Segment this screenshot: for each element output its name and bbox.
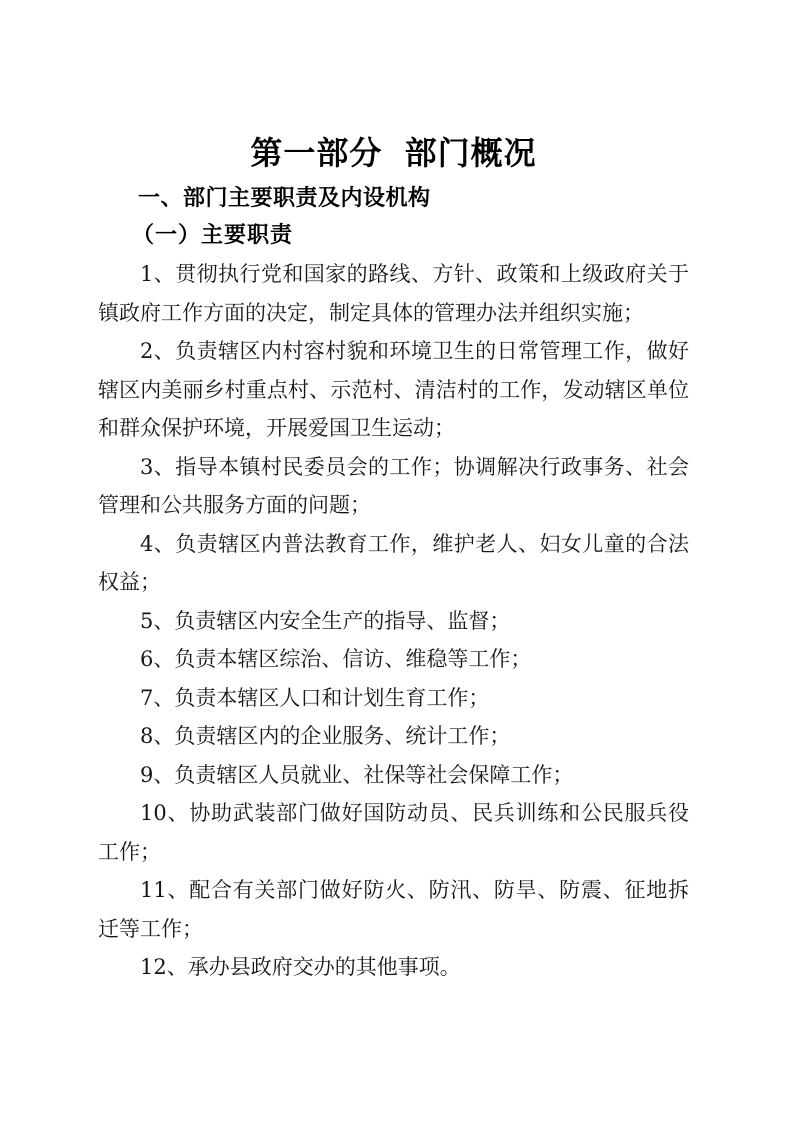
section-heading-main-duties-and-internal-structure: 一、部门主要职责及内设机构 — [98, 180, 689, 217]
duty-item-11: 11、配合有关部门做好防火、防汛、防旱、防震、征地拆迁等工作； — [98, 871, 689, 948]
duty-item-7: 7、负责本辖区人口和计划生育工作； — [98, 679, 689, 718]
duty-item-12: 12、承办县政府交办的其他事项。 — [98, 948, 689, 987]
duty-item-1: 1、贯彻执行党和国家的路线、方针、政策和上级政府关于镇政府工作方面的决定，制定具… — [98, 255, 689, 332]
document-title: 第一部分 部门概况 — [98, 132, 689, 174]
duty-item-10: 10、协助武装部门做好国防动员、民兵训练和公民服兵役工作； — [98, 794, 689, 871]
subsection-heading-main-duties: （一）主要职责 — [98, 217, 689, 254]
duty-item-4: 4、负责辖区内普法教育工作，维护老人、妇女儿童的合法权益； — [98, 525, 689, 602]
document-page: 第一部分 部门概况 一、部门主要职责及内设机构 （一）主要职责 1、贯彻执行党和… — [0, 0, 793, 1122]
document-content: 第一部分 部门概况 一、部门主要职责及内设机构 （一）主要职责 1、贯彻执行党和… — [0, 0, 793, 987]
duty-item-9: 9、负责辖区人员就业、社保等社会保障工作； — [98, 756, 689, 795]
duty-item-2: 2、负责辖区内村容村貌和环境卫生的日常管理工作，做好辖区内美丽乡村重点村、示范村… — [98, 332, 689, 448]
duty-item-8: 8、负责辖区内的企业服务、统计工作； — [98, 717, 689, 756]
duty-item-3: 3、指导本镇村民委员会的工作；协调解决行政事务、社会管理和公共服务方面的问题； — [98, 448, 689, 525]
duty-item-5: 5、负责辖区内安全生产的指导、监督； — [98, 602, 689, 641]
duties-list: 1、贯彻执行党和国家的路线、方针、政策和上级政府关于镇政府工作方面的决定，制定具… — [98, 255, 689, 987]
duty-item-6: 6、负责本辖区综治、信访、维稳等工作； — [98, 640, 689, 679]
